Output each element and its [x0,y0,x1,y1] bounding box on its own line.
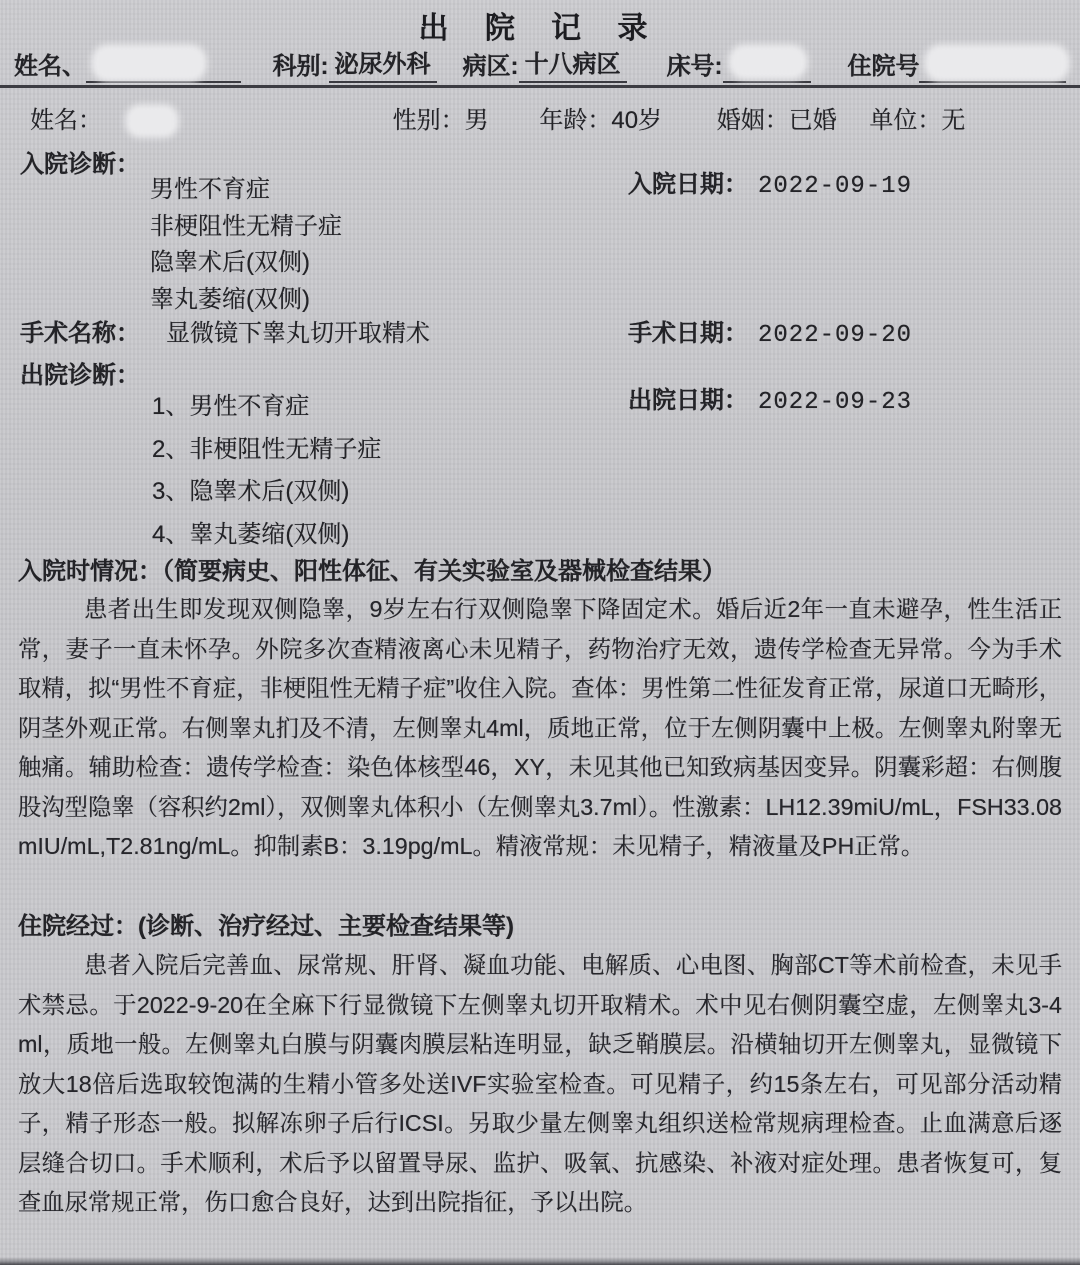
diagnosis-item: 非梗阻性无精子症 [150,209,342,246]
marriage-value: 已婚 [789,107,837,134]
unit-field: 单位：无 [869,107,965,134]
discharge-diagnosis-label: 出院诊断： [20,355,140,390]
discharge-date-line: 出院日期：2022-09-23 [628,380,912,416]
gender-label: 性别： [393,107,465,134]
diagnosis-item: 男性不育症 [150,172,342,209]
surgery-name-row: 手术名称：显微镜下睾丸切开取精术 [20,313,430,348]
admission-date-value: 2022-09-19 [758,173,912,200]
header-row-patient-ward: 姓名、 科别: 泌尿外科 病区: 十八病区 床号: 住院号 [14,44,1066,83]
header-divider-line [0,85,1080,88]
dept-value: 泌尿外科 [329,44,437,83]
diagnosis-item: 2、非梗阻性无精子症 [152,429,381,472]
admission-condition-paragraph: 患者出生即发现双侧隐睾，9岁左右行双侧隐睾下降固定术。婚后近2年一直未避孕，性生… [18,590,1062,867]
admission-no-label: 住院号 [847,46,919,83]
name-label-2: 姓名： [30,107,102,134]
age-label: 年龄： [539,107,611,134]
ward-value: 十八病区 [519,44,627,83]
surgery-name-value: 显微镜下睾丸切开取精术 [166,320,430,347]
redaction-blob [927,47,1067,79]
gender-value: 男 [465,107,489,134]
diagnosis-item: 3、隐睾术后(双侧) [152,471,381,514]
dept-label: 科别: [273,46,329,83]
admission-date-label: 入院日期： [628,171,748,198]
unit-label: 单位： [869,107,941,134]
surgery-date-value: 2022-09-20 [758,322,912,349]
bed-label: 床号: [667,46,723,83]
admission-diagnosis-label: 入院诊断： [20,144,140,179]
discharge-date-label: 出院日期： [628,387,748,414]
ward-label: 病区: [463,46,519,83]
diagnosis-item: 1、男性不育症 [152,386,381,429]
hospital-course-paragraph: 患者入院后完善血、尿常规、肝肾、凝血功能、电解质、心电图、胸部CT等术前检查，未… [18,946,1062,1223]
redaction-blob [731,47,805,77]
name-field-redacted [86,49,241,83]
header-row-demographics: 姓名： 性别：男 年龄：40岁 婚姻：已婚 单位：无 [30,100,1050,135]
admission-diagnosis-list: 男性不育症 非梗阻性无精子症 隐睾术后(双侧) 睾丸萎缩(双侧) [150,172,342,318]
diagnosis-item: 4、睾丸萎缩(双侧) [152,514,381,557]
bed-field-redacted [723,49,812,83]
admission-condition-heading: 入院时情况：（简要病史、阳性体征、有关实验室及器械检查结果） [18,551,1064,586]
redaction-blob [128,107,176,135]
diagnosis-item: 隐睾术后(双侧) [150,245,342,282]
admission-no-field-redacted [919,49,1066,83]
scan-bottom-edge [0,1257,1080,1265]
discharge-date-value: 2022-09-23 [758,389,912,416]
surgery-name-label: 手术名称： [20,320,140,347]
redaction-blob [94,47,204,79]
age-field: 年龄：40岁 [539,107,662,134]
discharge-diagnosis-list: 1、男性不育症 2、非梗阻性无精子症 3、隐睾术后(双侧) 4、睾丸萎缩(双侧) [152,386,381,556]
gender-field: 性别：男 [393,107,489,134]
name-label: 姓名、 [14,46,86,83]
admission-date-line: 入院日期：2022-09-19 [628,164,912,200]
marriage-field: 婚姻：已婚 [717,107,837,134]
discharge-record-document: 出 院 记 录 姓名、 科别: 泌尿外科 病区: 十八病区 床号: 住院号 姓名… [0,0,1080,1265]
hospital-course-heading: 住院经过：(诊断、治疗经过、主要检查结果等) [18,906,1064,941]
page-title: 出 院 记 录 [0,3,1080,47]
age-value: 40岁 [611,107,662,134]
surgery-date-label: 手术日期： [628,320,748,347]
unit-value: 无 [941,107,965,134]
surgery-date-line: 手术日期：2022-09-20 [628,313,912,349]
marriage-label: 婚姻： [717,107,789,134]
